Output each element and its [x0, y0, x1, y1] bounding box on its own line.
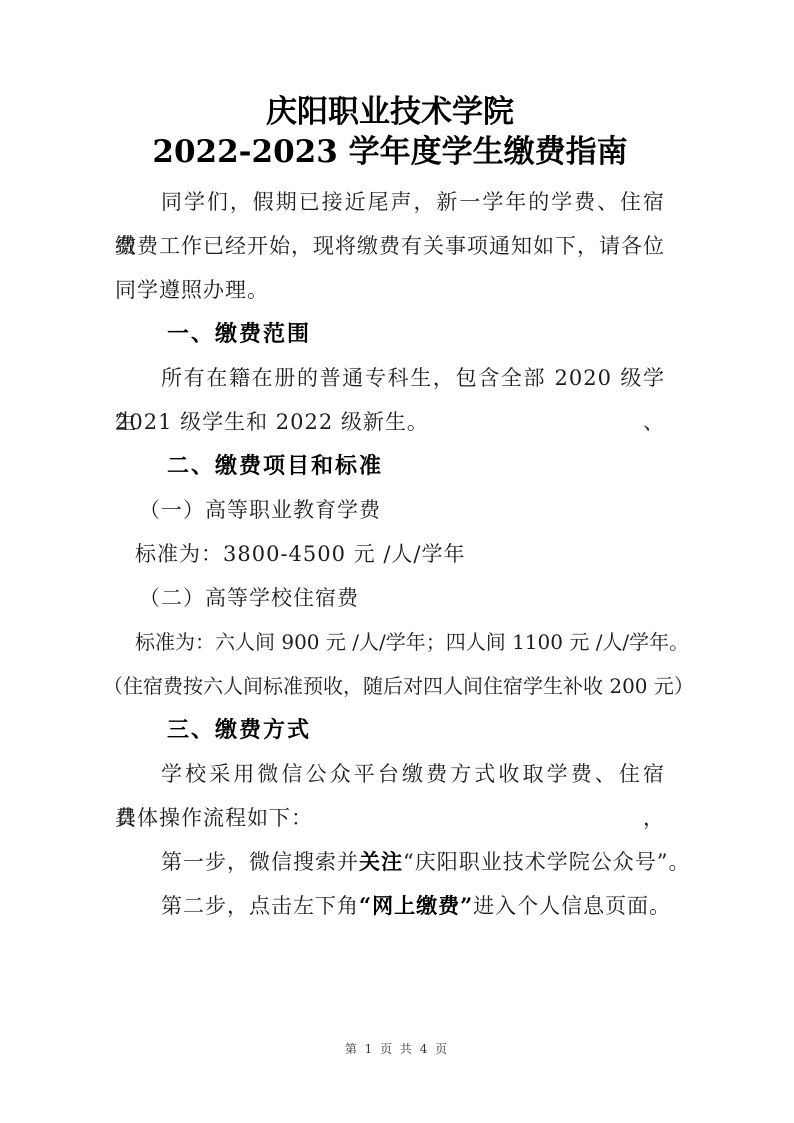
section3-body-line-1: 学校采用微信公众平台缴费方式收取学费、住宿费，: [115, 752, 665, 796]
section3-heading: 三、缴费方式: [115, 708, 665, 752]
intro-line-1: 同学们，假期已接近尾声，新一学年的学费、住宿费: [115, 180, 665, 224]
step1-text: 第一步，微信搜索并: [161, 850, 359, 874]
section2-item2-note: （住宿费按六人间标准预收，随后对四人间住宿学生补收 200 元）: [115, 664, 665, 708]
document-content: 庆阳职业技术学院 2022-2023 学年度学生缴费指南 同学们，假期已接近尾声…: [115, 92, 665, 928]
step1-bold-text: 关注: [359, 849, 403, 874]
section2-item1-title: （一）高等职业教育学费: [115, 488, 665, 532]
document-page: 庆阳职业技术学院 2022-2023 学年度学生缴费指南 同学们，假期已接近尾声…: [0, 0, 794, 1123]
intro-line-2: 缴费工作已经开始，现将缴费有关事项通知如下，请各位: [115, 224, 665, 268]
document-title-line-2: 2022-2023 学年度学生缴费指南: [115, 132, 665, 172]
intro-line-3: 同学遵照办理。: [115, 268, 665, 312]
step2-text-end: 进入个人信息页面。: [473, 894, 671, 918]
step1-text-end: “庆阳职业技术学院公众号”。: [403, 850, 690, 874]
document-title-line-1: 庆阳职业技术学院: [115, 92, 665, 132]
step2-text: 第二步，点击左下角: [161, 894, 359, 918]
section1-body-line-1: 所有在籍在册的普通专科生，包含全部 2020 级学生、: [115, 356, 665, 400]
section2-heading: 二、缴费项目和标准: [115, 444, 665, 488]
page-number-indicator: 第 1 页 共 4 页: [0, 1040, 794, 1057]
step2-bold-text: “网上缴费”: [359, 893, 473, 918]
section2-item2-title: （二）高等学校住宿费: [115, 576, 665, 620]
section3-step-2: 第二步，点击左下角“网上缴费”进入个人信息页面。: [115, 884, 665, 928]
document-body: 同学们，假期已接近尾声，新一学年的学费、住宿费 缴费工作已经开始，现将缴费有关事…: [115, 180, 665, 928]
section3-step-1: 第一步，微信搜索并关注“庆阳职业技术学院公众号”。: [115, 840, 665, 884]
section2-item1-standard: 标准为：3800-4500 元 /人/学年: [115, 532, 665, 576]
section2-item2-standard: 标准为：六人间 900 元 /人/学年；四人间 1100 元 /人/学年。: [115, 620, 665, 664]
section1-heading: 一、缴费范围: [115, 312, 665, 356]
